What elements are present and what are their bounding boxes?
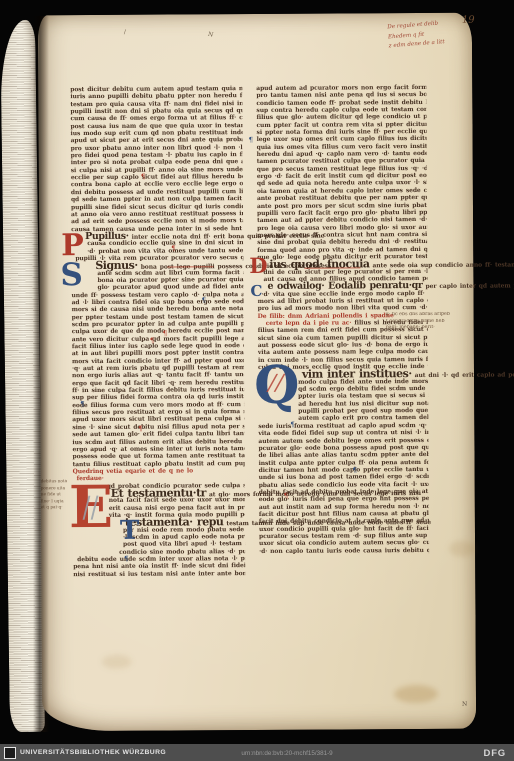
decorated-initial-q: Q// xyxy=(254,364,300,408)
folio-number: 19 xyxy=(462,15,475,26)
margin-note-right: q· fic ebs dns abras arlpebt qendradicti… xyxy=(386,312,470,332)
digitized-manuscript-view: post dicitur debitu cum autem apud testa… xyxy=(0,0,514,761)
parchment-stain xyxy=(394,685,438,703)
pilcrow-mark: ¶ xyxy=(150,338,155,345)
pilcrow-mark: ¶ xyxy=(80,401,85,408)
margin-note-mark: ·:· xyxy=(377,312,382,318)
pilcrow-mark: ¶ xyxy=(290,422,295,429)
pilcrow-mark: ¶ xyxy=(171,245,176,252)
pilcrow-mark: ¶ xyxy=(124,556,129,563)
pilcrow-mark: ¶ xyxy=(138,426,143,433)
pilcrow-mark: ¶ xyxy=(163,331,168,338)
parchment-stain xyxy=(449,541,475,557)
dfg-logo: DFG xyxy=(484,748,506,759)
margin-note-line: debitus nota xyxy=(41,478,68,485)
decorated-initial-d: D xyxy=(249,257,267,275)
decorated-initial-p: P xyxy=(61,233,84,259)
text-line: nisi restituat si ius testam nisi ante i… xyxy=(73,570,245,578)
pilcrow-mark: ¶ xyxy=(284,493,289,500)
decorated-initial-e: E|| xyxy=(69,483,114,533)
decorated-initial-t: T xyxy=(120,520,139,542)
footer-bar: UNIVERSITÄTSBIBLIOTHEK WÜRZBURG urn:nbn:… xyxy=(0,744,514,761)
manuscript-page: post dicitur debitu cum autem apud testa… xyxy=(38,13,476,732)
pilcrow-mark: ¶ xyxy=(202,297,207,304)
text-line: ·d· non caplo tantu iuris eode causa iur… xyxy=(259,547,429,555)
top-slash-mark: / xyxy=(124,29,126,36)
pilcrow-mark: ¶ xyxy=(249,137,254,144)
decorated-initial-c: C xyxy=(250,285,262,298)
corner-mark: N xyxy=(462,701,467,708)
decorated-initial-s: S xyxy=(60,262,83,288)
margin-note-left: debitus notaponere uitane fide utfine· l… xyxy=(41,478,68,511)
parchment-stain xyxy=(102,655,132,669)
top-squiggle-mark: N xyxy=(207,31,214,39)
urn-label: urn:nbn:de:bvb:20-mchf15/381-9 xyxy=(0,750,514,757)
margin-note-line: et q pat·q· xyxy=(41,505,68,512)
pilcrow-mark: ¶ xyxy=(141,174,146,181)
margin-note-line: pagi· mebane· perit· xyxy=(386,325,470,332)
pilcrow-mark: ¶ xyxy=(353,467,358,474)
